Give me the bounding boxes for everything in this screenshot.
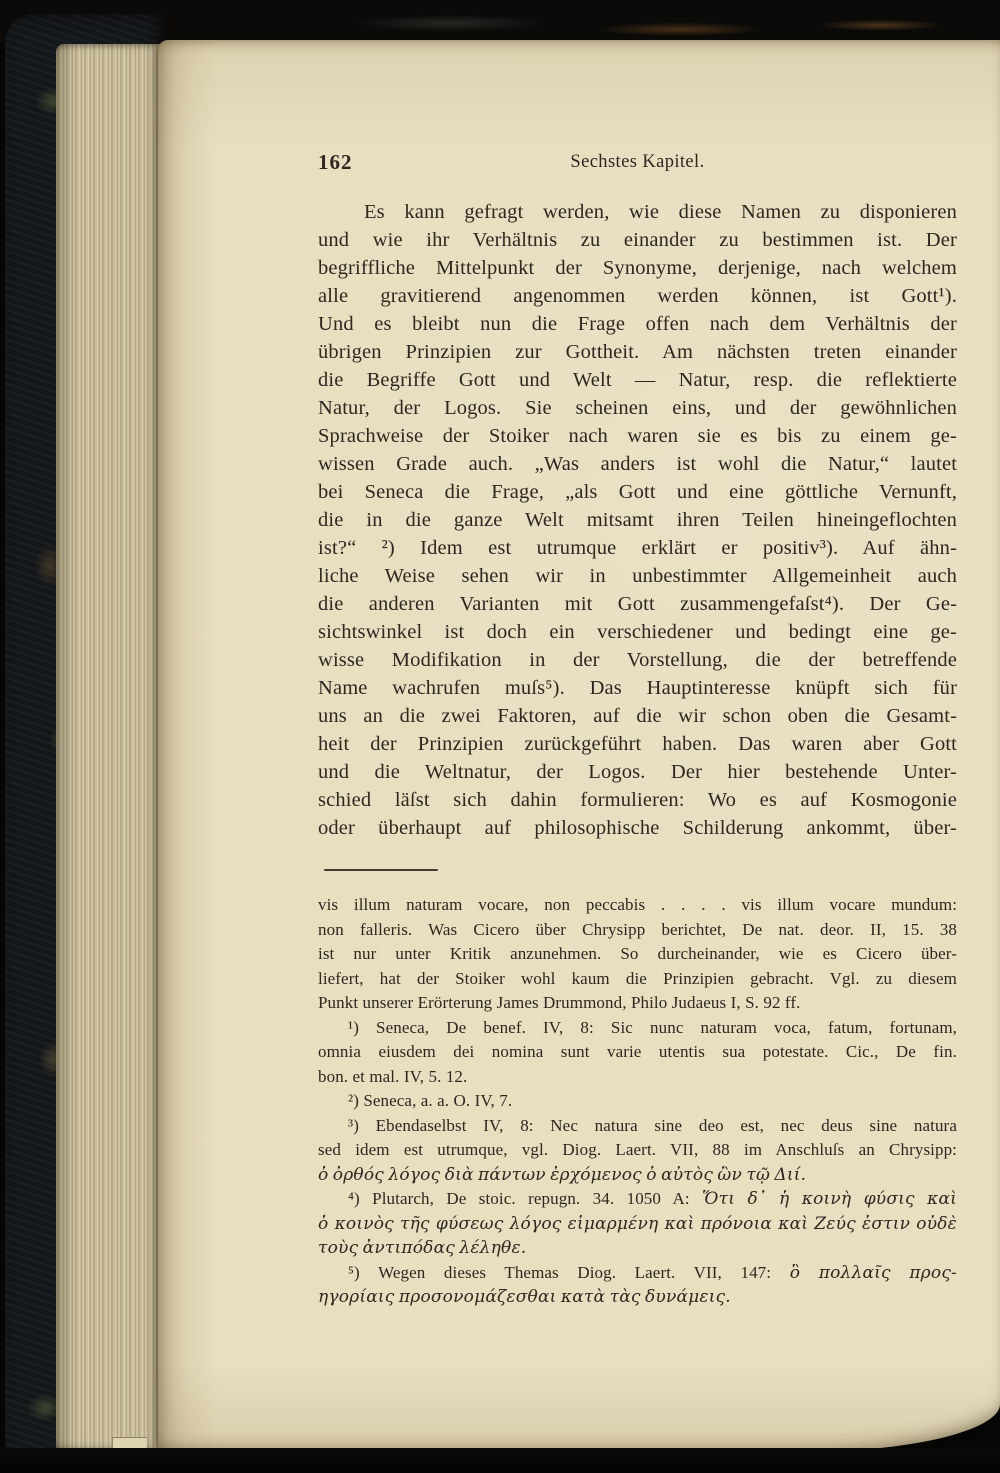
text-line: wissen Grade auch. „Was anders ist wohl … [318, 450, 957, 478]
book-page: 162 Sechstes Kapitel. Es kann gefragt we… [158, 40, 1000, 1452]
greek-text: ὁ [318, 1214, 328, 1234]
text-line: ⁵) Wegen dieses Themas Diog. Laert. VII,… [318, 1261, 957, 1286]
greek-text: προσονομάζεσθαι [399, 1287, 557, 1307]
text-line: und wie ihr Verhältnis zu einander zu be… [318, 226, 957, 254]
footnotes: vis illum naturam vocare, non peccabis .… [318, 893, 957, 1310]
greek-text: καὶ [778, 1214, 808, 1234]
text-line: die Begriffe Gott und Welt — Natur, resp… [318, 366, 957, 394]
chapter-heading: Sechstes Kapitel. [318, 152, 957, 173]
running-head: 162 Sechstes Kapitel. [318, 150, 957, 180]
text-line: Name wachrufen muſs⁵). Das Hauptinteress… [318, 674, 957, 702]
greek-text: Ζεύς [814, 1214, 856, 1234]
text-line: Sprachweise der Stoiker nach waren sie e… [318, 422, 957, 450]
greek-text: καὶ [927, 1189, 957, 1209]
text-line: ¹) Seneca, De benef. IV, 8: Sic nunc nat… [318, 1016, 957, 1041]
greek-text: προς- [909, 1263, 957, 1283]
text-line: wisse Modifikation in der Vorstellung, d… [318, 646, 957, 674]
greek-text: ὁ [318, 1165, 328, 1185]
text-line: ²) Seneca, a. a. O. IV, 7. [318, 1089, 957, 1114]
text-line: Und es bleibt nun die Frage offen nach d… [318, 310, 957, 338]
greek-text: διὰ [445, 1165, 474, 1185]
text-line: ηγορίαις προσονομάζεσθαι κατὰ τὰς δυνάμε… [318, 1285, 957, 1310]
text-line: heit der Prinzipien zurückgeführt haben.… [318, 730, 957, 758]
greek-text: ὃ [790, 1263, 800, 1283]
text-line: bon. et mal. IV, 5. 12. [318, 1065, 957, 1090]
greek-text: ὀρθός [333, 1165, 384, 1185]
text-line: oder überhaupt auf philosophische Schild… [318, 814, 957, 842]
text-line: ⁴) Plutarch, De stoic. repugn. 34. 1050 … [318, 1187, 957, 1212]
greek-text: λόγος [388, 1165, 440, 1185]
greek-text: ὁ [646, 1165, 656, 1185]
text-line: schied läſst sich dahin formulieren: Wo … [318, 786, 957, 814]
greek-text: ὢν [717, 1165, 742, 1185]
text-line: ³) Ebendaselbst IV, 8: Nec natura sine d… [318, 1114, 957, 1139]
text-line: Es kann gefragt werden, wie diese Namen … [318, 198, 957, 226]
text-line: die anderen Varianten mit Gott zusammeng… [318, 590, 957, 618]
text-line: und die Weltnatur, der Logos. Der hier b… [318, 758, 957, 786]
greek-text: δυνάμεις. [645, 1287, 731, 1307]
greek-text: αὐτὸς [661, 1165, 713, 1185]
greek-text: λόγος [510, 1214, 562, 1234]
greek-text: πρόνοια [701, 1214, 773, 1234]
page-edges-stack [56, 44, 168, 1452]
text-line: non falleris. Was Cicero über Chrysipp b… [318, 918, 957, 943]
text-line: ist nur unter Kritik anzunehmen. So durc… [318, 942, 957, 967]
text-line: τοὺς ἀντιπόδας λέληθε. [318, 1236, 957, 1261]
greek-text: ἐρχόμενος [550, 1165, 642, 1185]
book-scan-photo: 162 Sechstes Kapitel. Es kann gefragt we… [0, 0, 1000, 1473]
text-line: omnia eiusdem dei nomina sunt varie uten… [318, 1040, 957, 1065]
greek-text: κοινὴ [802, 1189, 852, 1209]
book-bottom-edge [0, 1448, 1000, 1473]
greek-text: φύσεως [436, 1214, 504, 1234]
text-line: die in die ganze Welt mitsamt ihren Teil… [318, 506, 957, 534]
text-line: Punkt unserer Erörterung James Drummond,… [318, 991, 957, 1016]
text-line: liefert, hat der Stoiker wohl kaum die P… [318, 967, 957, 992]
text-line: uns an die zwei Faktoren, auf die wir sc… [318, 702, 957, 730]
greek-text: κοινὸς [335, 1214, 394, 1234]
text-line: sed idem est utrumque, vgl. Diog. Laert.… [318, 1138, 957, 1163]
text-line: bei Seneca die Frage, „als Gott und eine… [318, 478, 957, 506]
greek-text: Διί. [774, 1165, 806, 1185]
greek-text: πολλαῖς [819, 1263, 891, 1283]
text-line: ist?“ ²) Idem est utrumque erklärt er po… [318, 534, 957, 562]
greek-text: Ὅτι [702, 1189, 735, 1209]
greek-text: δ᾽ [747, 1189, 766, 1209]
greek-text: ηγορίαις [318, 1287, 395, 1307]
text-line: sichtswinkel ist doch ein verschiedener … [318, 618, 957, 646]
text-line: vis illum naturam vocare, non peccabis .… [318, 893, 957, 918]
greek-text: λέληθε. [459, 1238, 526, 1258]
greek-text: ἡ [779, 1189, 789, 1209]
text-line: liche Weise sehen wir in unbestimmter Al… [318, 562, 957, 590]
greek-text: κατὰ [561, 1287, 605, 1307]
greek-text: οὐδὲ [916, 1214, 957, 1234]
text-line: alle gravitierend angenommen werden könn… [318, 282, 957, 310]
greek-text: ἀντιπόδας [363, 1238, 455, 1258]
greek-text: καὶ [665, 1214, 695, 1234]
text-line: ὁ ὀρθός λόγος διὰ πάντων ἐρχόμενος ὁ αὐτ… [318, 1163, 957, 1188]
greek-text: τῆς [400, 1214, 430, 1234]
text-line: begriffliche Mittelpunkt der Synonyme, d… [318, 254, 957, 282]
greek-text: πάντων [478, 1165, 546, 1185]
text-line: Natur, der Logos. Sie scheinen eins, und… [318, 394, 957, 422]
text-line: übrigen Prinzipien zur Gottheit. Am näch… [318, 338, 957, 366]
greek-text: τὰς [610, 1287, 641, 1307]
greek-text: ἐστιν [862, 1214, 910, 1234]
greek-text: φύσις [864, 1189, 915, 1209]
body-text: Es kann gefragt werden, wie diese Namen … [318, 198, 957, 842]
text-line: ὁ κοινὸς τῆς φύσεως λόγος εἱμαρμένη καὶ … [318, 1212, 957, 1237]
greek-text: τῷ [746, 1165, 770, 1185]
greek-text: τοὺς [318, 1238, 358, 1258]
greek-text: εἱμαρμένη [568, 1214, 659, 1234]
footnote-separator-rule [324, 869, 438, 871]
